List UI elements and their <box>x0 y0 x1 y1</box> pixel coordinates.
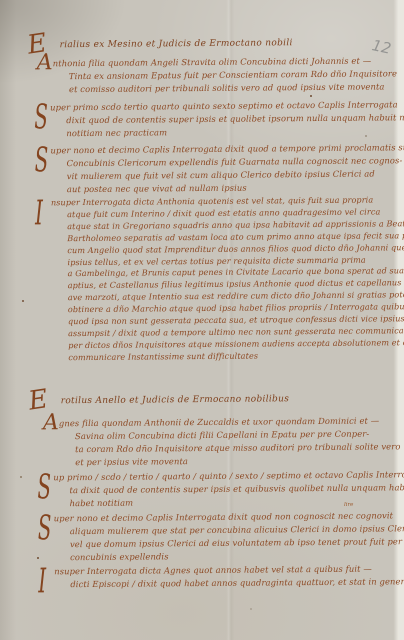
paragraph-initial: S <box>34 142 48 176</box>
manuscript-page-photo: 12 E rialius ex Mesino et Judicis de Erm… <box>0 0 404 640</box>
entry-1-heading: E rialius ex Mesino et Judicis de Ermoct… <box>38 37 293 52</box>
entry-2-heading-text: rotilus Anello et Judicis de Ermocano no… <box>61 393 290 408</box>
paragraph-initial: S <box>34 99 48 133</box>
manuscript-line: dicti Episcopi / dixit quod habet annos … <box>70 575 404 591</box>
entry-1-heading-text: rialius ex Mesino et Judicis de Ermoctan… <box>60 37 293 52</box>
marginal-note: lire <box>344 502 353 508</box>
paragraph-initial: I <box>38 563 46 597</box>
entry-1-paragraph-super-nono: S uper nono et decimo Caplis Interrogata… <box>40 141 404 196</box>
entry-1-paragraph-super-primo: S uper primo scdo tertio quarto quinto s… <box>40 98 404 141</box>
manuscript-text-layer: E rialius ex Mesino et Judicis de Ermoct… <box>0 0 404 640</box>
paragraph-initial: A <box>43 412 59 434</box>
entry-1-paragraph-deponent: A nthonia filia quondam Angeli Stravita … <box>43 54 397 96</box>
manuscript-line: et comisso auditori per tribunali soliti… <box>69 80 397 96</box>
entry-1-paragraph-insuper: I nsuper Interrogata dicta Anthonia quot… <box>41 193 404 364</box>
paragraph-initial: S <box>37 469 51 503</box>
manuscript-line: habet notitiam <box>70 494 404 510</box>
entry-2-paragraph-deponent: A gnes filia quondam Anthonii de Zuccald… <box>49 414 401 469</box>
manuscript-line: et per ipsius vite moventa <box>75 453 400 469</box>
entry-2-paragraph-super-nono: S uper nono et decimo Caplis Interrogata… <box>44 509 404 565</box>
manuscript-line: notitiam nec practicam <box>66 124 404 140</box>
entry-2-heading: E rotilus Anello et Judicis de Ermocano … <box>39 393 290 408</box>
paragraph-initial: I <box>35 195 43 229</box>
paragraph-initial: A <box>37 52 53 74</box>
paragraph-initial: S <box>38 510 52 544</box>
entry-2-paragraph-insuper: I nsuper Interrogata dicta Agnes quot an… <box>44 562 404 591</box>
